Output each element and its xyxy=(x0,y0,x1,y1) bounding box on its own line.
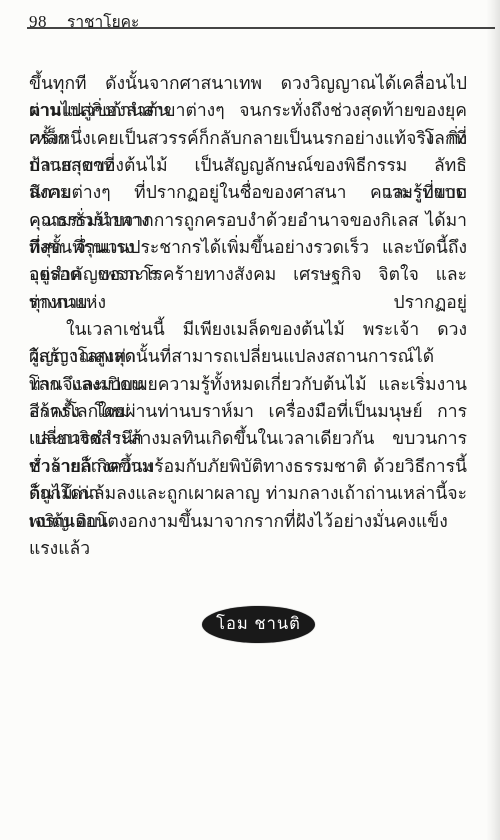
body-text-line: ในเวลาเช่นนี้ มีเพียงเมล็ดของต้นไม้ พระเ… xyxy=(29,316,467,343)
body-text-line: ผ่านไปสู่กิ่งก้านสาขาต่างๆ จนกระทั่งถึงช… xyxy=(29,97,467,124)
om-shanti-label: โอม ชานติ xyxy=(216,611,301,639)
book-page: 98 ราชาโยคะ ขึ้นทุกที ดังนั้นจากศาสนาเทพ… xyxy=(0,0,500,840)
om-shanti-badge: โอม ชานติ xyxy=(202,606,315,643)
body-text-line: อีกครั้ง โดยผ่านท่านบราห์มา เครื่องมือที… xyxy=(29,398,467,425)
body-text-line: โลก และเปิดเผยความรู้ทั้งหมดเกี่ยวกับต้น… xyxy=(29,371,467,398)
running-title: ราชาโยคะ xyxy=(67,9,139,34)
header-rule xyxy=(27,27,495,29)
scan-edge-shadow xyxy=(486,0,500,840)
body-text: ขึ้นทุกที ดังนั้นจากศาสนาเทพ ดวงวิญญาณได… xyxy=(29,70,467,535)
body-text-line: ครั้งหนึ่งเคยเป็นสวรรค์ก็กลับกลายเป็นนรก… xyxy=(29,125,467,152)
body-text-line: สังคมต่างๆ ที่ปรากฏอยู่ในชื่อของศาสนา คว… xyxy=(29,179,467,206)
body-text-line: ความชั่วร้ายจากการถูกครอบงำด้วยอำนาจของก… xyxy=(29,207,467,234)
body-text-line: ก็ถูกโค่นล้มลงและถูกเผาผลาญ ท่ามกลางเถ้า… xyxy=(29,480,467,507)
body-text-line: ที่สุด จำนวนประชากรได้เพิ่มขึ้นอย่างรวดเ… xyxy=(29,234,467,261)
body-text-line: ผู้สร้างโลกเท่านั้นที่สามารถเปลี่ยนแปลงส… xyxy=(29,343,467,370)
body-text-line: อยู่รอด เพราะโรคร้ายทางสังคม เศรษฐกิจ จิ… xyxy=(29,261,467,288)
page-number: 98 xyxy=(29,12,47,32)
body-text-line: เจริญเติบโตงอกงามขึ้นมาจากรากที่ฝังไว้อย… xyxy=(29,508,467,535)
body-text-line: และการชำระล้างมลทินเกิดขึ้นในเวลาเดียวกั… xyxy=(29,425,467,452)
body-text-line: ชั่วร้ายก็เกิดขึ้นพร้อมกับภัยพิบัติทางธร… xyxy=(29,453,467,480)
body-text-line: ขึ้นทุกที ดังนั้นจากศาสนาเทพ ดวงวิญญาณได… xyxy=(29,70,467,97)
page-header: 98 ราชาโยคะ xyxy=(29,9,482,34)
body-text-line: ปลายสุดของต้นไม้ เป็นสัญญลักษณ์ของพิธีกร… xyxy=(29,152,467,179)
